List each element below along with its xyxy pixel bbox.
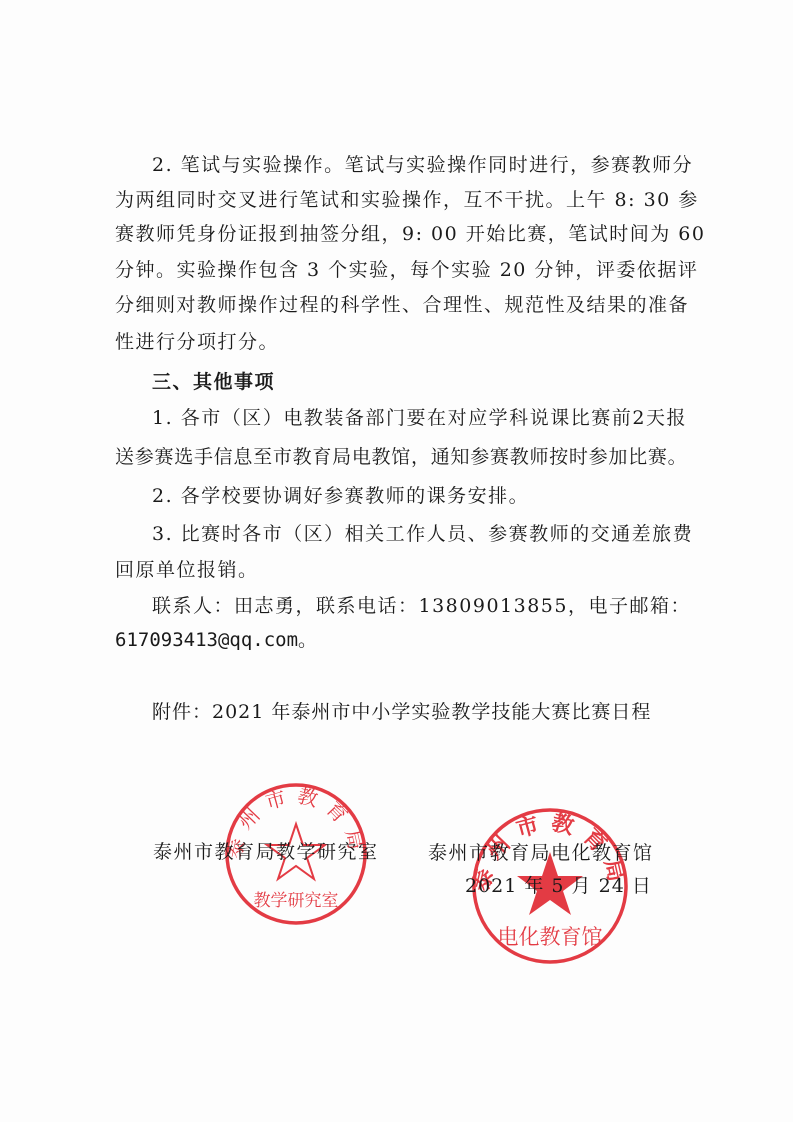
paragraph-line: 性进行分项打分。 (115, 330, 687, 354)
contact-line: 联系人：田志勇，联系电话：13809013855，电子邮箱： (152, 594, 652, 618)
signature-date: 2021 年 5 月 24 日 (465, 874, 652, 898)
paragraph-line: 1. 各市（区）电教装备部门要在对应学科说课比赛前2天报 (152, 406, 687, 430)
paragraph-line: 回原单位报销。 (115, 558, 687, 582)
paragraph-line: 为两组同时交叉进行笔试和实验操作，互不干扰。上午 8: 30 参 (115, 188, 687, 212)
paragraph-line: 分细则对教师操作过程的科学性、合理性、规范性及结果的准备 (115, 293, 687, 317)
document-page: 2. 笔试与实验操作。笔试与实验操作同时进行，参赛教师分 为两组同时交叉进行笔试… (0, 0, 793, 1122)
attachment-note: 附件：2021 年泰州市中小学实验教学技能大赛比赛日程 (152, 700, 652, 724)
paragraph-line: 送参赛选手信息至市教育局电教馆，通知参赛教师按时参加比赛。 (115, 445, 687, 469)
paragraph-line: 2. 笔试与实验操作。笔试与实验操作同时进行，参赛教师分 (152, 153, 687, 177)
paragraph-line: 赛教师凭身份证报到抽签分组，9: 00 开始比赛，笔试时间为 60 (115, 222, 687, 246)
signature-left: 泰州市教育局教学研究室 (153, 840, 379, 864)
paragraph-line: 分钟。实验操作包含 3 个实验，每个实验 20 分钟，评委依据评 (115, 258, 687, 282)
paragraph-line: 3. 比赛时各市（区）相关工作人员、参赛教师的交通差旅费 (152, 522, 687, 546)
paragraph-line: 2. 各学校要协调好参赛教师的课务安排。 (152, 484, 687, 508)
email-link[interactable]: 617093413@qq.com。 (115, 628, 687, 652)
seal-bottom-text: 教学研究室 (254, 891, 339, 911)
section-heading: 三、其他事项 (152, 370, 275, 394)
signature-right: 泰州市教育局电化教育馆 (428, 841, 654, 865)
seal-bottom-text: 电化教育馆 (498, 925, 603, 949)
